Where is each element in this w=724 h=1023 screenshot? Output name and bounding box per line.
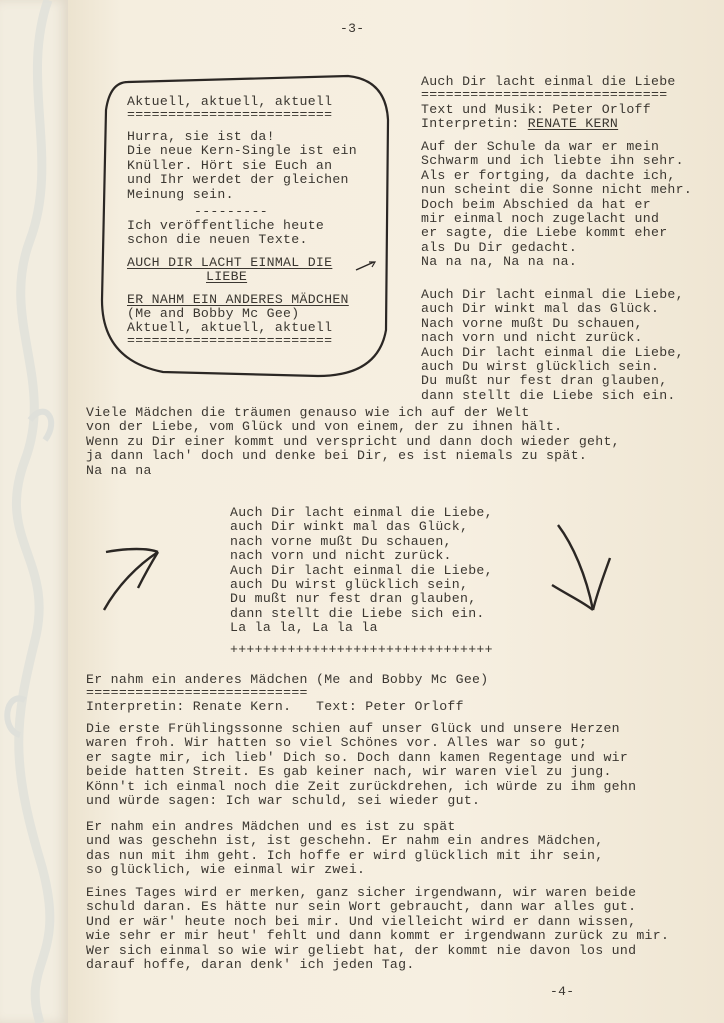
lyric-line: von der Liebe, vom Glück und von einem, … <box>86 420 620 434</box>
lyric-line: La la la, La la la <box>230 621 493 635</box>
ornament-decoration <box>0 0 68 1023</box>
lyric-line: Als er fortging, da dachte ich, <box>421 169 692 183</box>
song1-verse1: Auf der Schule da war er meinSchwarm und… <box>421 140 692 270</box>
lyric-line: Die erste Frühlingssonne schien auf unse… <box>86 722 636 736</box>
lyric-line: dann stellt die Liebe sich ein. <box>230 607 493 621</box>
lyric-line: er sagte, die Liebe kommt eher <box>421 226 692 240</box>
lyric-line: Auf der Schule da war er mein <box>421 140 692 154</box>
arrow-down-icon <box>548 520 618 615</box>
lyric-line: Na na na, Na na na. <box>421 255 692 269</box>
lyric-line: das nun mit ihm geht. Ich hoffe er wird … <box>86 849 603 863</box>
page-number-bottom: -4- <box>550 985 574 999</box>
lyric-line: als Du Dir gedacht. <box>421 241 692 255</box>
lyric-line: Du mußt nur fest dran glauben, <box>230 592 493 606</box>
lyric-line: auch Du wirst glücklich sein, <box>230 578 493 592</box>
box-intro-line: Knüller. Hört sie Euch an <box>127 159 357 173</box>
lyric-line: Eines Tages wird er merken, ganz sicher … <box>86 886 669 900</box>
song1-verse2: Viele Mädchen die träumen genauso wie ic… <box>86 406 620 478</box>
lyric-line: Nach vorne mußt Du schauen, <box>421 317 684 331</box>
separator: ++++++++++++++++++++++++++++++++ <box>230 643 493 657</box>
box-publish-line: schon die neuen Texte. <box>127 233 308 247</box>
lyric-line: schuld daran. Es hätte nur sein Wort geb… <box>86 900 669 914</box>
lyric-line: Auch Dir lacht einmal die Liebe, <box>421 288 684 302</box>
lyric-line: Du mußt nur fest dran glauben, <box>421 374 684 388</box>
singer-name: RENATE KERN <box>528 116 618 131</box>
lyric-line: wie sehr er mir heut' fehlt und dann kom… <box>86 929 669 943</box>
arrow-up-right-icon <box>98 540 188 615</box>
song2-credits: Interpretin: Renate Kern. Text: Peter Or… <box>86 700 464 714</box>
document-page: -3- Aktuell, aktuell, aktuell ==========… <box>68 0 724 1023</box>
lyric-line: Wer sich einmal so wie wir geliebt hat, … <box>86 944 669 958</box>
lyric-line: Könn't ich einmal noch die Zeit zurückdr… <box>86 780 636 794</box>
singer-label: Interpretin: <box>421 116 528 131</box>
lyric-line: ja dann lach' doch und denke bei Dir, es… <box>86 449 620 463</box>
lyric-line: darauf hoffe, daran denk' ich jeden Tag. <box>86 958 669 972</box>
box-title-rule: ========================= <box>127 108 332 122</box>
lyric-line: Wenn zu Dir einer kommt und verspricht u… <box>86 435 620 449</box>
lyric-line: Na na na <box>86 464 620 478</box>
box-intro-line: Hurra, sie ist da! <box>127 130 357 144</box>
lyric-line: Viele Mädchen die träumen genauso wie ic… <box>86 406 620 420</box>
lyric-line: auch Du wirst glücklich sein. <box>421 360 684 374</box>
lyric-line: nun scheint die Sonne nicht mehr. <box>421 183 692 197</box>
lyric-line: so glücklich, wie einmal wir zwei. <box>86 863 603 877</box>
lyric-line: Schwarm und ich liebte ihn sehr. <box>421 154 692 168</box>
box-intro-line: Meinung sein. <box>127 188 357 202</box>
song2-verse1: Die erste Frühlingssonne schien auf unse… <box>86 722 636 808</box>
song1-title-rule: ============================== <box>421 88 667 102</box>
lyric-line: und würde sagen: Ich war schuld, sei wie… <box>86 794 636 808</box>
lyric-line: mir einmal noch zugelacht und <box>421 212 692 226</box>
song1-singer-line: Interpretin: RENATE KERN <box>421 117 618 131</box>
lyric-line: auch Dir winkt mal das Glück. <box>421 302 684 316</box>
lyric-line: beide hatten Streit. Es gab keiner nach,… <box>86 765 636 779</box>
box-intro-line: und Ihr werdet der gleichen <box>127 173 357 187</box>
lyric-line: Auch Dir lacht einmal die Liebe, <box>230 564 493 578</box>
lyric-line: dann stellt die Liebe sich ein. <box>421 389 684 403</box>
lyric-line: Auch Dir lacht einmal die Liebe, <box>230 506 493 520</box>
box-closing-rule: ========================= <box>127 334 332 348</box>
lyric-line: und was geschehn ist, ist geschehn. Er n… <box>86 834 603 848</box>
song2-verse2: Eines Tages wird er merken, ganz sicher … <box>86 886 669 972</box>
binding-margin <box>0 0 69 1023</box>
box-song1-title-cont: LIEBE <box>206 270 247 284</box>
song1-chorus2: Auch Dir lacht einmal die Liebe,auch Dir… <box>230 506 493 636</box>
lyric-line: waren froh. Wir hatten so viel Schönes v… <box>86 736 636 750</box>
lyric-line: er sagte mir, ich lieb' Dich so. Doch da… <box>86 751 636 765</box>
lyric-line: nach vorne mußt Du schauen, <box>230 535 493 549</box>
lyric-line: auch Dir winkt mal das Glück, <box>230 520 493 534</box>
page-number-top: -3- <box>340 22 364 36</box>
lyric-line: Er nahm ein andres Mädchen und es ist zu… <box>86 820 603 834</box>
lyric-line: nach vorn und nicht zurück. <box>421 331 684 345</box>
lyric-line: Und er wär' heute noch bei mir. Und viel… <box>86 915 669 929</box>
song2-chorus: Er nahm ein andres Mädchen und es ist zu… <box>86 820 603 878</box>
box-intro-line: Die neue Kern-Single ist ein <box>127 144 357 158</box>
song1-chorus1: Auch Dir lacht einmal die Liebe,auch Dir… <box>421 288 684 403</box>
lyric-line: nach vorn und nicht zurück. <box>230 549 493 563</box>
lyric-line: Auch Dir lacht einmal die Liebe, <box>421 346 684 360</box>
lyric-line: Doch beim Abschied da hat er <box>421 198 692 212</box>
box-intro: Hurra, sie ist da! Die neue Kern-Single … <box>127 130 357 202</box>
